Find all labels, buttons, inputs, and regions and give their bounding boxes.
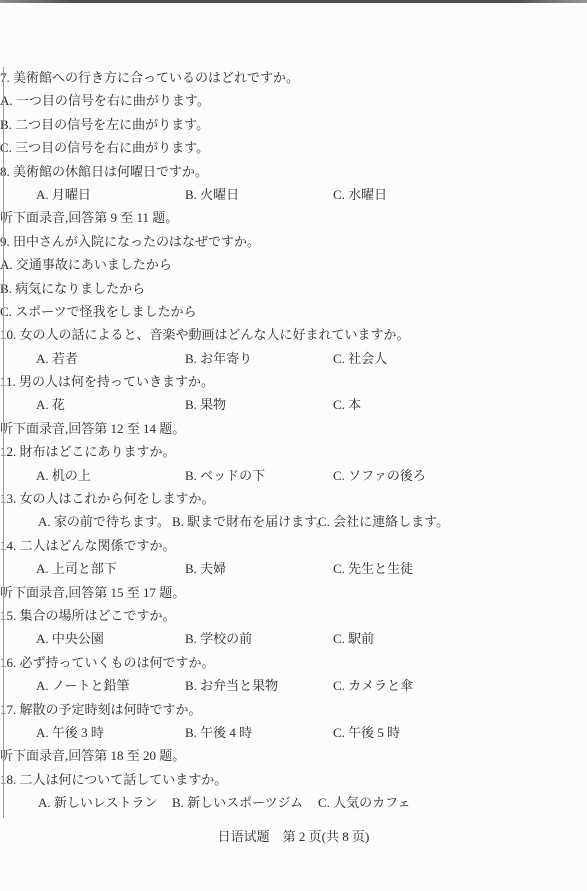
question-9-option-c: C. スポーツで怪我をしましたから xyxy=(0,300,587,323)
question-13-options: A. 家の前で待ちます。 B. 駅まで財布を届けます。 C. 会社に連絡します。 xyxy=(0,510,587,533)
question-15-option-b: B. 学校の前 xyxy=(185,627,333,650)
question-11-option-b: B. 果物 xyxy=(185,393,333,416)
question-12-option-b: B. ベッドの下 xyxy=(185,464,333,487)
question-17-text: 17. 解散の予定時刻は何時ですか。 xyxy=(0,698,587,721)
question-12-option-a: A. 机の上 xyxy=(36,464,185,487)
listening-section: 7. 美術館への行き方に合っているのはどれですか。 A. 一つ目の信号を右に曲が… xyxy=(0,0,587,815)
question-17-option-b: B. 午後 4 時 xyxy=(185,721,333,744)
question-14-option-a: A. 上司と部下 xyxy=(36,557,185,580)
question-12-text: 12. 財布はどこにありますか。 xyxy=(0,440,587,463)
question-18-text: 18. 二人は何について話していますか。 xyxy=(0,768,587,791)
question-8-options: A. 月曜日 B. 火曜日 C. 水曜日 xyxy=(0,183,587,206)
question-18-option-c: C. 人気のカフェ xyxy=(318,791,411,814)
question-15-options: A. 中央公園 B. 学校の前 C. 駅前 xyxy=(0,627,587,650)
question-15-text: 15. 集合の場所はどこですか。 xyxy=(0,604,587,627)
question-14-text: 14. 二人はどんな関係ですか。 xyxy=(0,534,587,557)
question-12-options: A. 机の上 B. ベッドの下 C. ソファの後ろ xyxy=(0,464,587,487)
question-16-option-a: A. ノートと鉛筆 xyxy=(36,674,185,697)
page-footer-text: 日语试题 第 2 页(共 8 页) xyxy=(218,829,370,844)
question-7-option-a: A. 一つ目の信号を右に曲がります。 xyxy=(0,89,587,112)
section-instruction-15-17: 听下面录音,回答第 15 至 17 题。 xyxy=(0,581,587,604)
question-7-option-c: C. 三つ目の信号を右に曲がります。 xyxy=(0,136,587,159)
question-7-option-b: B. 二つ目の信号を左に曲がります。 xyxy=(0,113,587,136)
section-instruction-9-11: 听下面录音,回答第 9 至 11 题。 xyxy=(0,206,587,229)
question-13-option-a: A. 家の前で待ちます。 xyxy=(38,510,172,533)
question-18-option-b: B. 新しいスポーツジム xyxy=(172,791,318,814)
question-9-option-a: A. 交通事故にあいましたから xyxy=(0,253,587,276)
section-instruction-12-14: 听下面录音,回答第 12 至 14 题。 xyxy=(0,417,587,440)
question-7-text: 7. 美術館への行き方に合っているのはどれですか。 xyxy=(0,66,587,89)
page-footer: 日语试题 第 2 页(共 8 页) xyxy=(0,825,587,848)
question-18-options: A. 新しいレストラン B. 新しいスポーツジム C. 人気のカフェ xyxy=(0,791,587,814)
question-10-options: A. 若者 B. お年寄り C. 社会人 xyxy=(0,347,587,370)
question-14-options: A. 上司と部下 B. 夫婦 C. 先生と生徒 xyxy=(0,557,587,580)
question-17-options: A. 午後 3 時 B. 午後 4 時 C. 午後 5 時 xyxy=(0,721,587,744)
question-13-text: 13. 女の人はこれから何をしますか。 xyxy=(0,487,587,510)
question-13-option-c: C. 会社に連絡します。 xyxy=(318,510,449,533)
question-13-option-b: B. 駅まで財布を届けます。 xyxy=(172,510,318,533)
question-16-option-c: C. カメラと傘 xyxy=(333,674,413,697)
question-11-option-a: A. 花 xyxy=(36,393,185,416)
question-8-option-a: A. 月曜日 xyxy=(36,183,185,206)
question-9-option-b: B. 病気になりましたから xyxy=(0,277,587,300)
question-10-text: 10. 女の人の話によると、音楽や動画はどんな人に好まれていますか。 xyxy=(0,323,587,346)
question-11-options: A. 花 B. 果物 C. 本 xyxy=(0,393,587,416)
question-15-option-a: A. 中央公園 xyxy=(36,627,185,650)
question-11-text: 11. 男の人は何を持っていきますか。 xyxy=(0,370,587,393)
section-instruction-18-20: 听下面录音,回答第 18 至 20 题。 xyxy=(0,744,587,767)
question-10-option-c: C. 社会人 xyxy=(333,347,387,370)
question-17-option-c: C. 午後 5 時 xyxy=(333,721,400,744)
question-9-text: 9. 田中さんが入院になったのはなぜですか。 xyxy=(0,230,587,253)
question-16-options: A. ノートと鉛筆 B. お弁当と果物 C. カメラと傘 xyxy=(0,674,587,697)
question-18-option-a: A. 新しいレストラン xyxy=(38,791,172,814)
question-12-option-c: C. ソファの後ろ xyxy=(333,464,426,487)
question-8-option-c: C. 水曜日 xyxy=(333,183,387,206)
question-10-option-b: B. お年寄り xyxy=(185,347,333,370)
page-margin-line xyxy=(3,67,4,818)
question-17-option-a: A. 午後 3 時 xyxy=(36,721,185,744)
question-8-text: 8. 美術館の休館日は何曜日ですか。 xyxy=(0,160,587,183)
question-16-text: 16. 必ず持っていくものは何ですか。 xyxy=(0,651,587,674)
question-11-option-c: C. 本 xyxy=(333,393,361,416)
question-14-option-b: B. 夫婦 xyxy=(185,557,333,580)
question-16-option-b: B. お弁当と果物 xyxy=(185,674,333,697)
exam-page: 7. 美術館への行き方に合っているのはどれですか。 A. 一つ目の信号を右に曲が… xyxy=(0,0,587,891)
question-15-option-c: C. 駅前 xyxy=(333,627,374,650)
question-8-option-b: B. 火曜日 xyxy=(185,183,333,206)
scan-edge-bar xyxy=(0,0,587,3)
question-14-option-c: C. 先生と生徒 xyxy=(333,557,413,580)
question-10-option-a: A. 若者 xyxy=(36,347,185,370)
